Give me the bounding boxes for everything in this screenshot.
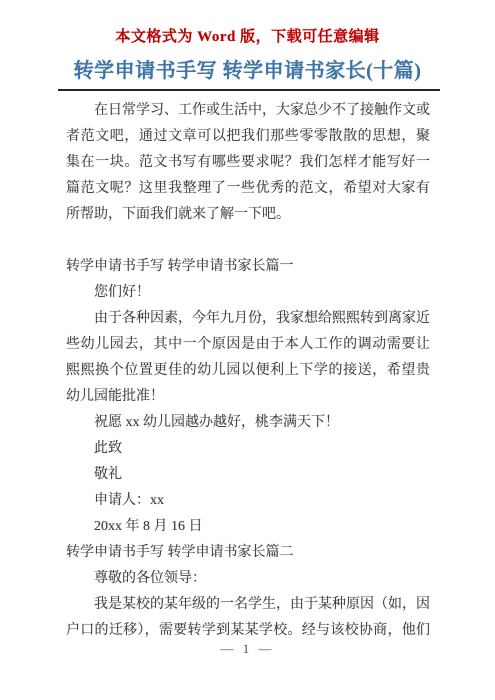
text-line: 熙熙换个位置更佳的幼儿园以便利上下学的接送，希望贵 [66, 358, 430, 384]
text-line: 由于各种因素，今年九月份，我家想给熙熙转到离家近 [66, 306, 430, 332]
text-line: 集在一块。范文书写有哪些要求呢？我们怎样才能写好一 [66, 150, 430, 176]
document-page: 本文格式为 Word 版，下载可任意编辑 转学申请书手写 转学申请书家长(十篇)… [0, 0, 495, 700]
salutation-line: 您们好！ [66, 280, 430, 306]
text-line: 我是某校的某年级的一名学生，由于某种原因（如，因 [66, 592, 430, 618]
date-line: 20xx 年 8 月 16 日 [66, 514, 430, 540]
closing-line: 敬礼 [66, 462, 430, 488]
closing-line: 此致 [66, 436, 430, 462]
text-line: 幼儿园能批准！ [66, 384, 430, 410]
page-number: — 1 — [0, 641, 495, 657]
text-line: 篇范文呢？这里我整理了一些优秀的范文，希望对大家有 [66, 176, 430, 202]
text-line: 些幼儿园去，其中一个原因是由于本人工作的调动需要让 [66, 332, 430, 358]
page-title: 转学申请书手写 转学申请书家长(十篇) [0, 54, 495, 83]
text-line: 所帮助，下面我们就来了解一下吧。 [66, 202, 430, 228]
wish-line: 祝愿 xx 幼儿园越办越好，桃李满天下！ [66, 410, 430, 436]
section-heading: 转学申请书手写 转学申请书家长篇一 [66, 254, 430, 280]
text-line: 在日常学习、工作或生活中，大家总少不了接触作文或 [66, 98, 430, 124]
format-notice: 本文格式为 Word 版，下载可任意编辑 [0, 25, 495, 46]
section-heading: 转学申请书手写 转学申请书家长篇二 [66, 540, 430, 566]
applicant-line: 申请人：xx [66, 488, 430, 514]
title-underline [58, 89, 440, 91]
salutation-line: 尊敬的各位领导： [66, 566, 430, 592]
blank-line [66, 228, 430, 254]
text-line: 者范文吧，通过文章可以把我们那些零零散散的思想，聚 [66, 124, 430, 150]
document-body: 在日常学习、工作或生活中，大家总少不了接触作文或 者范文吧，通过文章可以把我们那… [66, 98, 430, 644]
